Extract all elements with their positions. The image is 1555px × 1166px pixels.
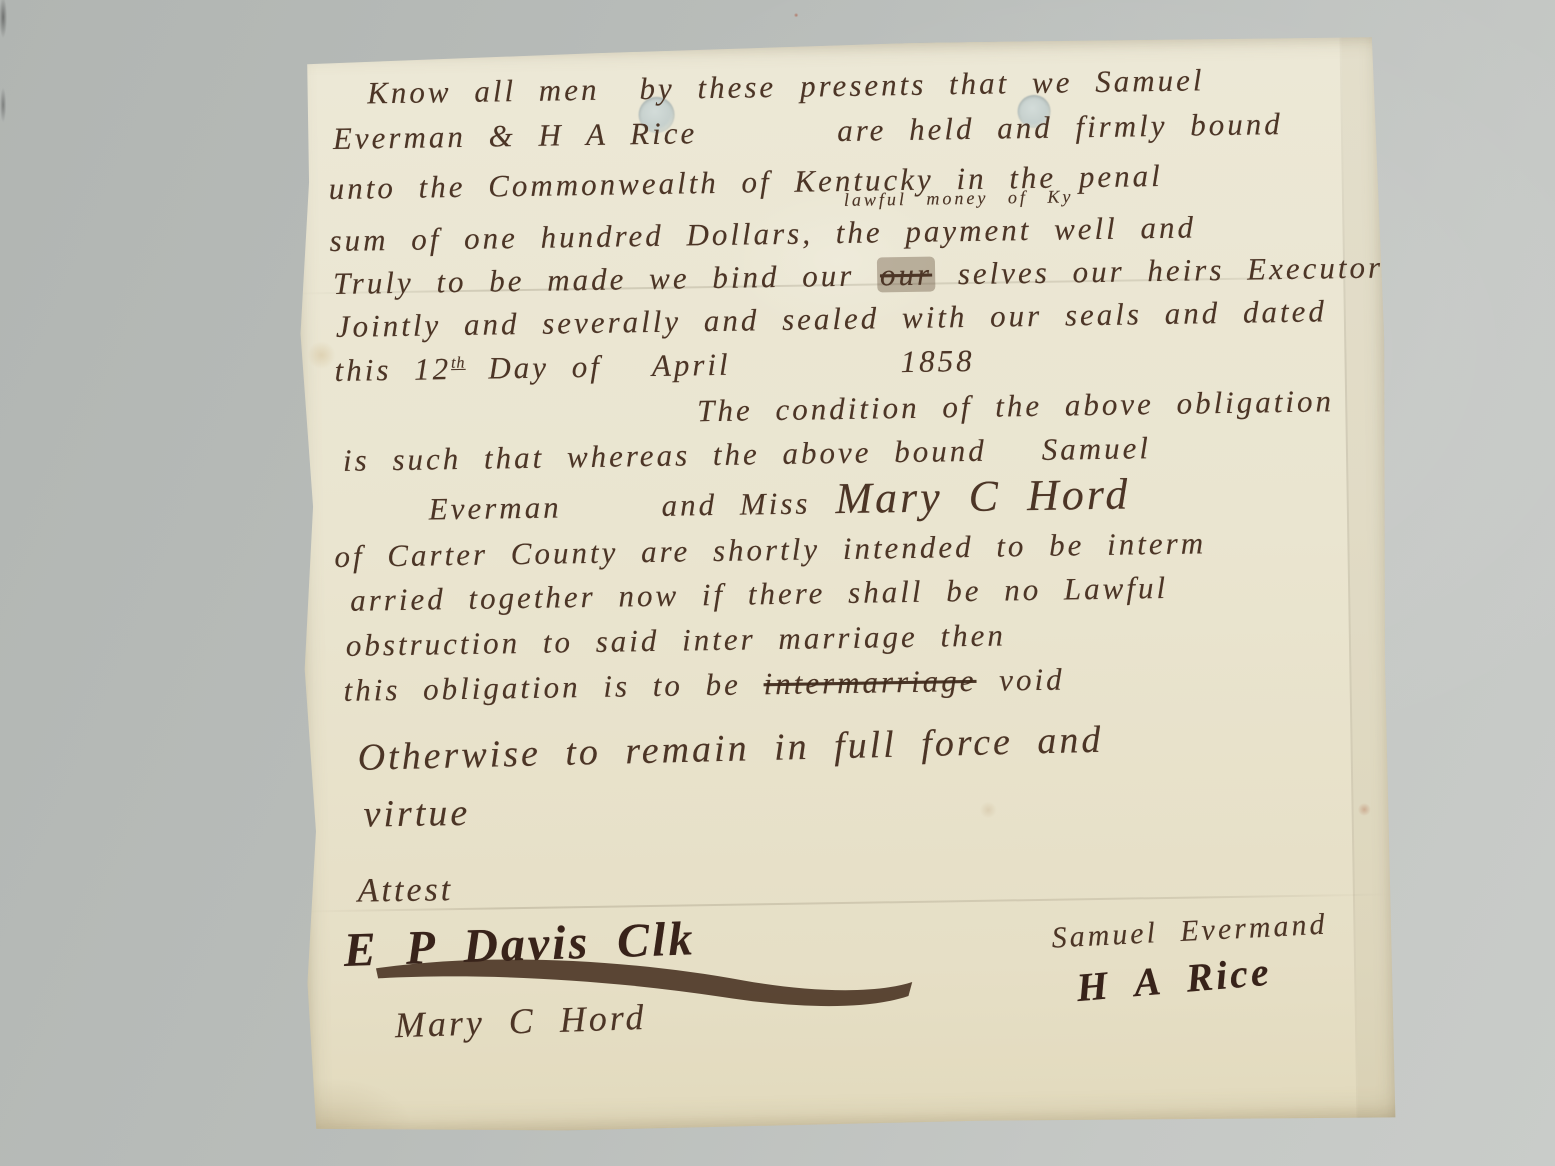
manuscript-segment: arried together now if there shall be no… [350,570,1168,618]
line-carter: of Carter County are shortly intended to… [334,525,1206,574]
manuscript-segment: Attest [357,871,453,909]
signature-samuel-evermand: Samuel Evermand [1051,908,1329,956]
manuscript-segment: Samuel [1041,430,1151,467]
manuscript-segment: are held and firmly bound [837,106,1283,148]
manuscript-segment: April [652,347,731,383]
line-date: this 12th Day ofApril1858 [334,343,975,389]
manuscript-segment: of Carter County are shortly intended to… [334,525,1206,574]
manuscript-segment: lawful money of Ky [844,186,1074,210]
manuscript-segment: sum of one hundred Dollars, the payment … [329,209,1196,258]
document-paper: Know all menby thesepresents that we Sam… [290,36,1397,1135]
manuscript-segment: th [451,355,466,372]
fold-crease-bottom [303,893,1393,912]
manuscript-segment: Samuel Evermand [1051,908,1328,955]
manuscript-segment: obstruction to said inter marriage then [346,617,1007,662]
manuscript-segment: intermarriage [763,663,976,701]
line-names: Everman & H A Riceare held and firmly bo… [333,106,1283,157]
line-everman-mary: Evermanand MissMary C Hord [428,469,1130,531]
line-jointly: Jointly and severally and sealed with ou… [336,293,1327,344]
line-insertion: lawful money of Ky [844,186,1074,210]
manuscript-segment: H A Rice [1075,949,1274,1011]
fold-crease-right [1339,36,1358,1118]
signature-clerk: E P Davis Clk [343,911,697,978]
manuscript-segment: Jointly and severally and sealed with ou… [336,293,1327,344]
line-condition: The condition of the above obligation [697,383,1334,429]
manuscript-segment: selves our heirs Executors [935,249,1399,291]
manuscript-segment: 1858 [900,343,975,379]
manuscript-segment: Everman [428,489,561,526]
line-otherwise: Otherwise to remain in full force and [357,719,1104,781]
manuscript-segment: our [877,257,936,293]
manuscript-segment: The condition of the above obligation [697,383,1334,428]
manuscript-segment: presents that we Samuel [800,62,1205,103]
manuscript-segment: this obligation is to be [343,666,764,708]
line-arried: arried together now if there shall be no… [350,570,1168,618]
manuscript-segment: by these [639,69,776,106]
line-know-all-men: Know all menby thesepresents that we Sam… [367,62,1205,111]
line-void: this obligation is to be intermarriage v… [343,662,1065,709]
manuscript-segment: Everman & H A Rice [333,115,698,156]
line-obstruction: obstruction to said inter marriage then [346,617,1007,663]
manuscript-segment: and Miss [661,486,810,523]
manuscript-segment: this 12 [334,351,451,388]
signature-ha-rice: H A Rice [1075,949,1274,1012]
line-attest: Attest [357,870,453,911]
manuscript-segment: Day of [465,349,602,386]
manuscript-segment: is such that whereas the above bound [343,433,987,478]
manuscript-segment: virtue [363,792,470,836]
manuscript-segment: E P Davis Clk [343,912,696,977]
manuscript-segment: Mary C Hord [394,997,647,1045]
manuscript-segment: void [976,662,1065,698]
manuscript-segment: Otherwise to remain in full force and [357,719,1104,779]
line-sum: sum of one hundred Dollars, the payment … [329,209,1196,258]
manuscript-segment: Truly to be made we bind our [333,257,877,301]
manuscript-segment: Mary C Hord [835,469,1131,523]
signature-mary-hord: Mary C Hord [394,997,647,1047]
manuscript-segment: Know all men [367,72,600,111]
line-virtue: virtue [363,792,470,837]
